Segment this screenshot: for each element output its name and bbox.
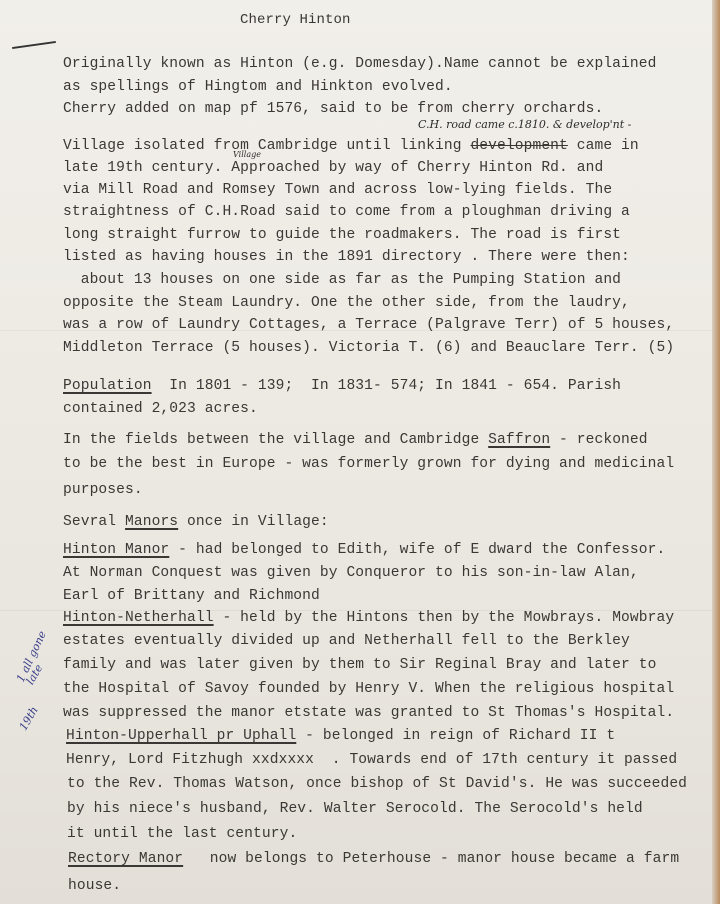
saffron-paragraph: In the fields between the village and Ca… [63,432,648,448]
text-line: as spellings of Hingtom and Hinkton evol… [63,79,453,95]
text-line: Village isolated from Cambridge until li… [63,138,639,154]
netherhall-paragraph: Hinton-Netherhall - held by the Hintons … [63,610,674,626]
upperhall-text: - belonged in reign of Richard II t [296,728,615,744]
population-heading: Population [63,378,152,394]
struck-text: development [470,138,567,154]
text-line: Middleton Terrace (5 houses). Victoria T… [63,340,674,356]
rectory-text: now belongs to Peterhouse - manor house … [183,851,679,867]
text-line: opposite the Steam Laundry. One the othe… [63,295,630,311]
saffron-underlined: Saffron [488,432,550,448]
text-line: contained 2,023 acres. [63,401,258,417]
text-line: about 13 houses on one side as far as th… [63,272,621,288]
text-line: the Hospital of Savoy founded by Henry V… [63,681,674,697]
text-line: Cherry added on map pf 1576, said to be … [63,101,603,117]
text-line: estates eventually divided up and Nether… [63,633,630,649]
pen-mark [12,41,56,49]
rectory-heading: Rectory Manor [68,851,183,867]
manors-text: once in Village: [178,514,329,530]
text-line: Originally known as Hinton (e.g. Domesda… [63,56,656,72]
text-line: family and was later given by them to Si… [63,657,656,673]
hinton-manor-heading: Hinton Manor [63,542,169,558]
table-surface [712,0,720,904]
text-line: it until the last century. [67,826,297,842]
text-line: straightness of C.H.Road said to come fr… [63,204,630,220]
netherhall-heading: Hinton-Netherhall [63,610,214,626]
text-line: long straight furrow to guide the roadma… [63,227,621,243]
netherhall-text: - held by the Hintons then by the Mowbra… [214,610,675,626]
rectory-paragraph: Rectory Manor now belongs to Peterhouse … [68,851,679,867]
population-text: In 1801 - 139; In 1831- 574; In 1841 - 6… [152,378,621,394]
text-line: to the Rev. Thomas Watson, once bishop o… [67,776,687,792]
handwritten-insert-village: Village [233,150,261,159]
text-line: to be the best in Europe - was formerly … [63,456,674,472]
text-line: Earl of Brittany and Richmond [63,588,320,604]
document-page: Cherry Hinton Originally known as Hinton… [0,0,715,904]
manors-intro: Sevral Manors once in Village: [63,514,329,530]
text-line: Henry, Lord Fitzhugh xxdxxxx . Towards e… [66,752,677,768]
document-title: Cherry Hinton [240,12,351,28]
text-line: listed as having houses in the 1891 dire… [63,249,630,265]
text-line: was suppressed the manor etstate was gra… [63,705,674,721]
text-line: At Norman Conquest was given by Conquero… [63,565,639,581]
text-line: via Mill Road and Romsey Town and across… [63,182,612,198]
handwritten-note-road: C.H. road came c.1810. & develop'nt - [418,118,631,131]
population-paragraph: Population In 1801 - 139; In 1831- 574; … [63,378,621,394]
upperhall-heading: Hinton-Upperhall pr Uphall [66,728,296,744]
text-line: purposes. [63,482,143,498]
text-line: was a row of Laundry Cottages, a Terrace… [63,317,674,333]
upperhall-paragraph: Hinton-Upperhall pr Uphall - belonged in… [66,728,615,744]
text-line: house. [68,878,121,894]
hinton-manor-text: - had belonged to Edith, wife of E dward… [169,542,665,558]
manors-text: Sevral [63,514,125,530]
saffron-text: - reckoned [550,432,647,448]
hinton-manor-paragraph: Hinton Manor - had belonged to Edith, wi… [63,542,665,558]
text-line: by his niece's husband, Rev. Walter Sero… [67,801,643,817]
text-line: late 19th century. Approached by way of … [63,160,603,176]
margin-note: 19th [17,704,41,733]
saffron-text: In the fields between the village and Ca… [63,432,488,448]
manors-underlined: Manors [125,514,178,530]
